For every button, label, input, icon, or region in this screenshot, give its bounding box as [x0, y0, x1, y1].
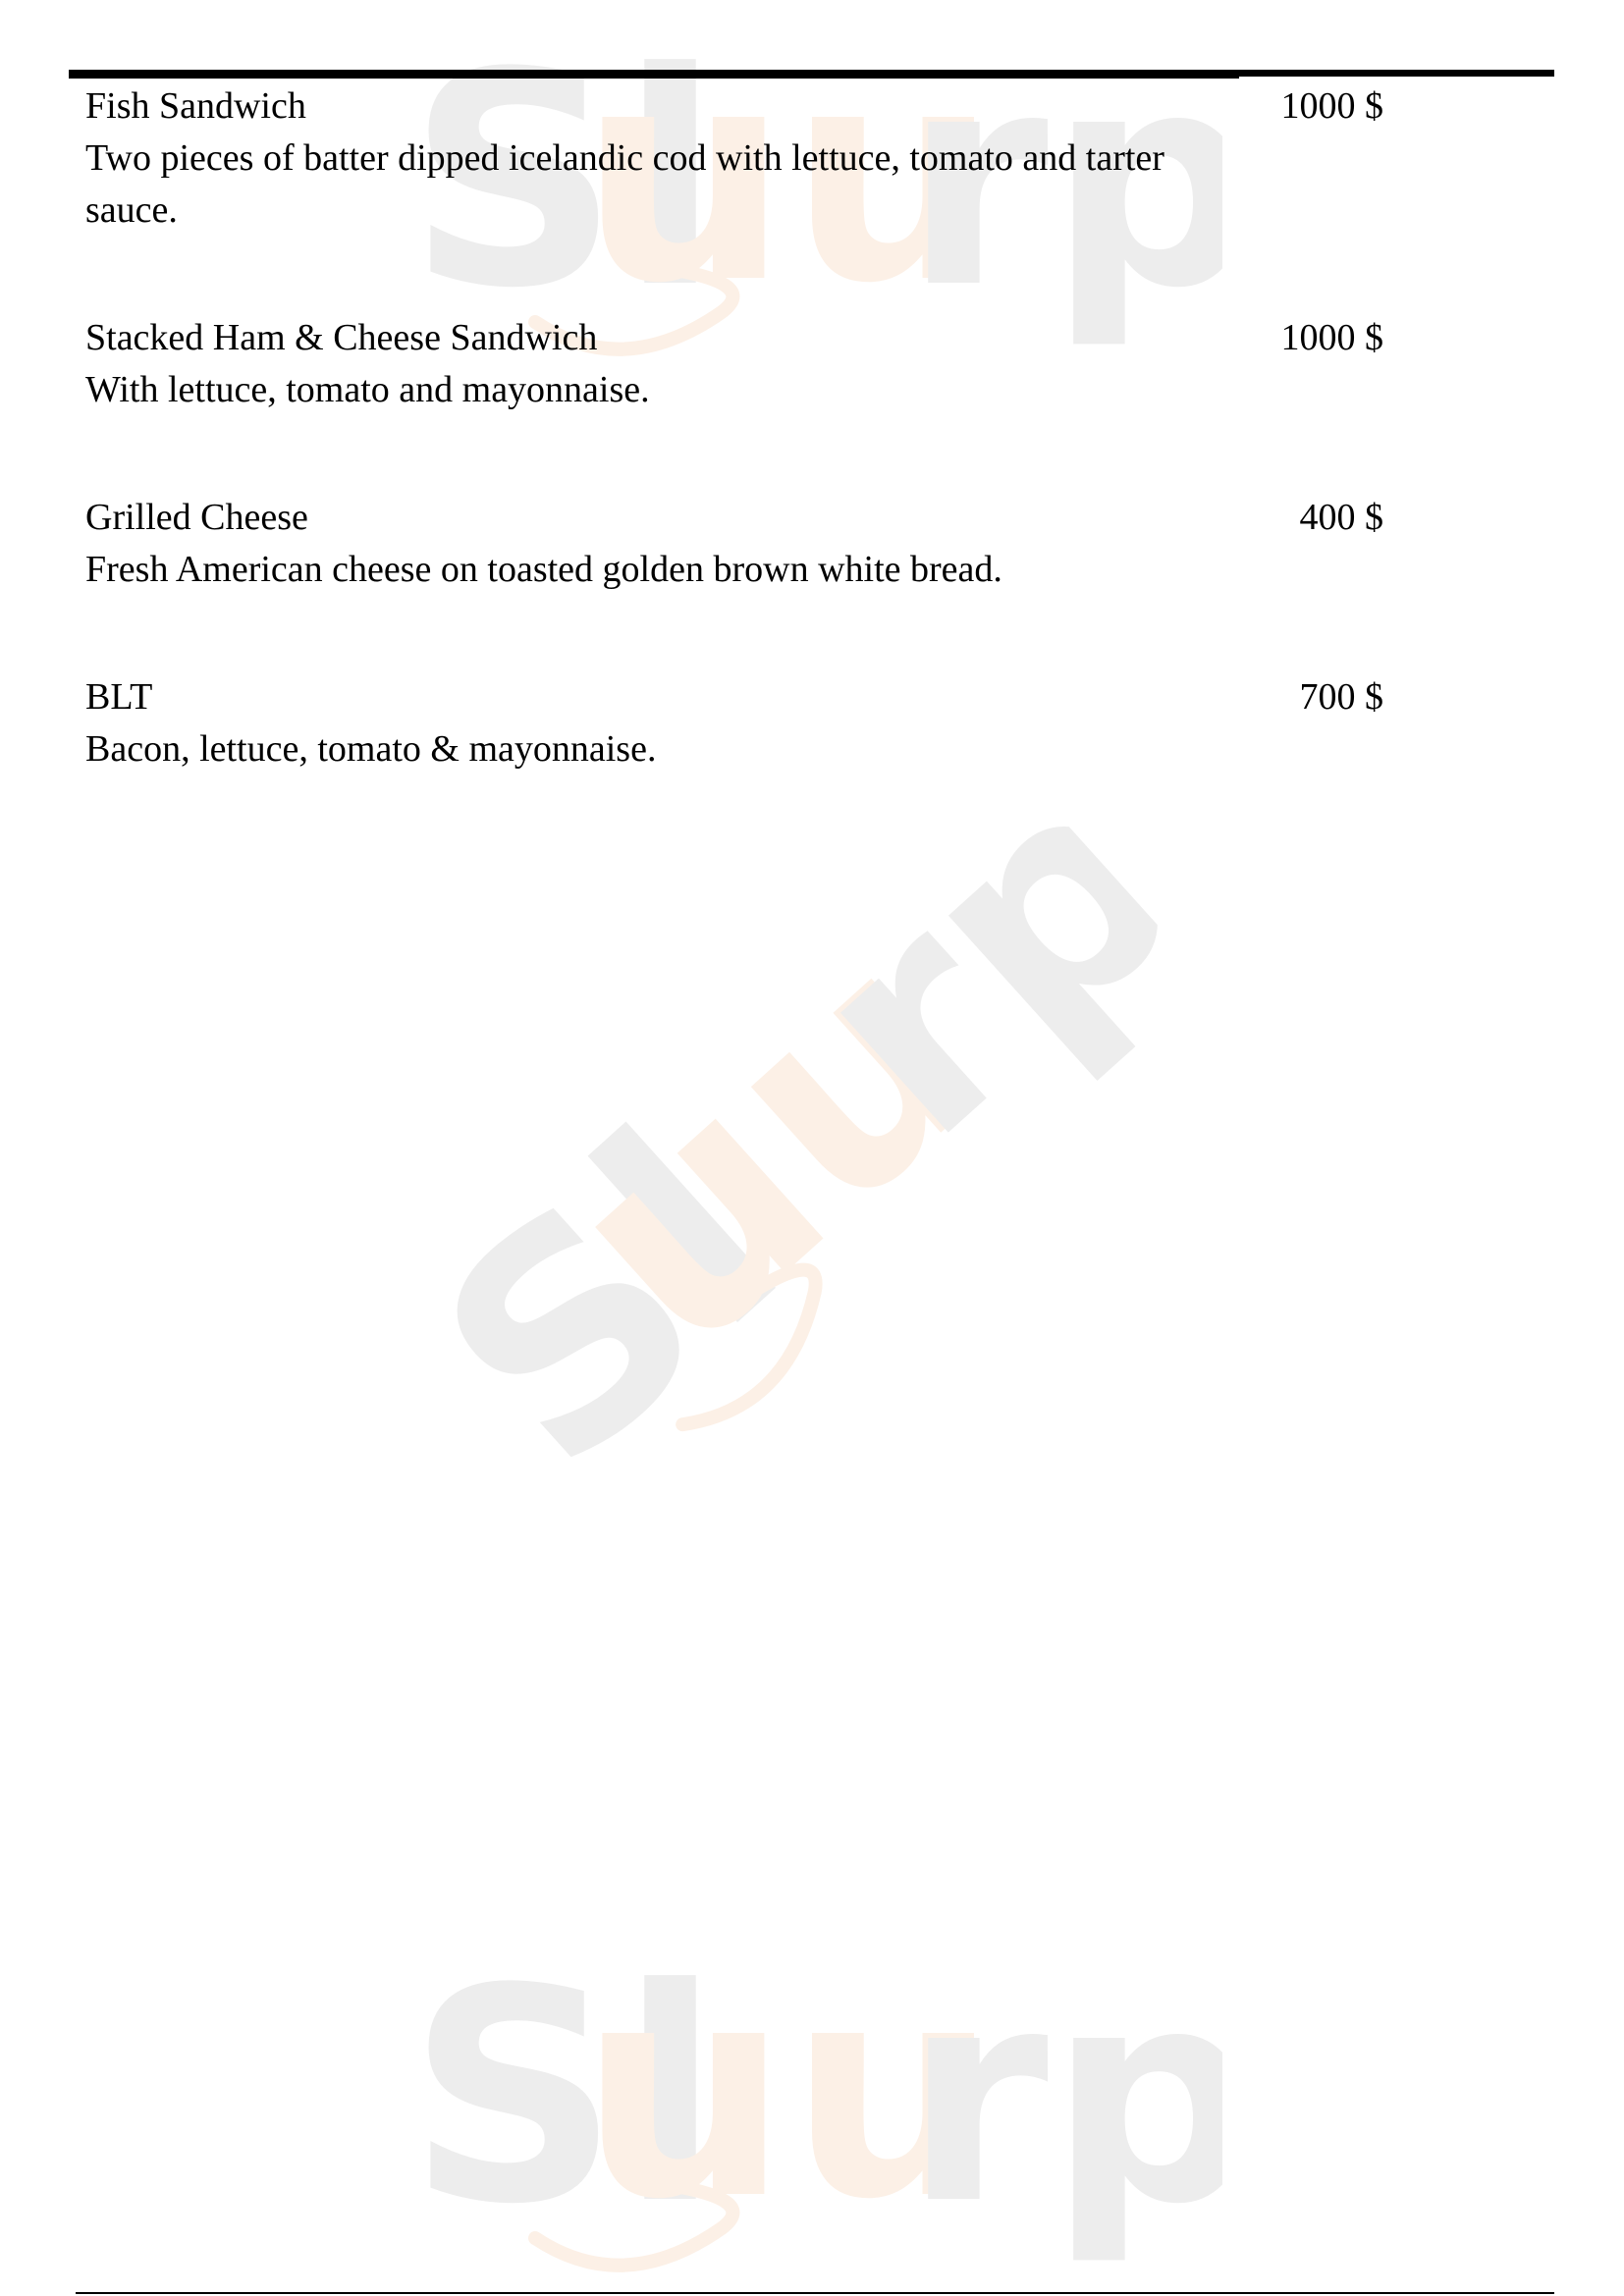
bottom-divider [76, 2292, 1554, 2294]
item-description: Bacon, lettuce, tomato & mayonnaise. [85, 723, 1195, 775]
top-divider [69, 70, 1239, 79]
menu-item: Stacked Ham & Cheese Sandwich With lettu… [85, 312, 1383, 416]
item-name: Stacked Ham & Cheese Sandwich [85, 312, 1195, 364]
svg-text:uu: uu [579, 1973, 999, 2264]
item-description: With lettuce, tomato and mayonnaise. [85, 364, 1195, 416]
item-name: Grilled Cheese [85, 492, 1195, 544]
item-name: Fish Sandwich [85, 80, 1195, 133]
item-description: Fresh American cheese on toasted golden … [85, 544, 1195, 596]
svg-text:rpy: rpy [903, 1973, 1222, 2269]
item-price: 700 $ [1300, 671, 1384, 723]
sluurpy-logo-icon: Sl uu rpy [410, 768, 1219, 1539]
item-description: Two pieces of batter dipped icelandic co… [85, 133, 1195, 237]
item-price: 1000 $ [1281, 312, 1384, 364]
menu-list: Fish Sandwich Two pieces of batter dippe… [85, 80, 1383, 851]
svg-text:Sl: Sl [410, 1068, 840, 1532]
svg-text:uu: uu [503, 879, 1044, 1414]
item-price: 1000 $ [1281, 80, 1384, 133]
top-divider-right [1239, 70, 1554, 77]
item-name: BLT [85, 671, 1195, 723]
sluurpy-logo-icon: Sl uu rpy [407, 1973, 1222, 2277]
svg-text:Sl: Sl [407, 1973, 721, 2269]
sluurpy-watermark-middle: Sl uu rpy [410, 768, 1219, 1539]
menu-item: Grilled Cheese Fresh American cheese on … [85, 492, 1383, 596]
item-price: 400 $ [1300, 492, 1384, 544]
sluurpy-watermark-bottom: Sl uu rpy [407, 1973, 1222, 2277]
menu-item: BLT Bacon, lettuce, tomato & mayonnaise.… [85, 671, 1383, 775]
menu-item: Fish Sandwich Two pieces of batter dippe… [85, 80, 1383, 237]
